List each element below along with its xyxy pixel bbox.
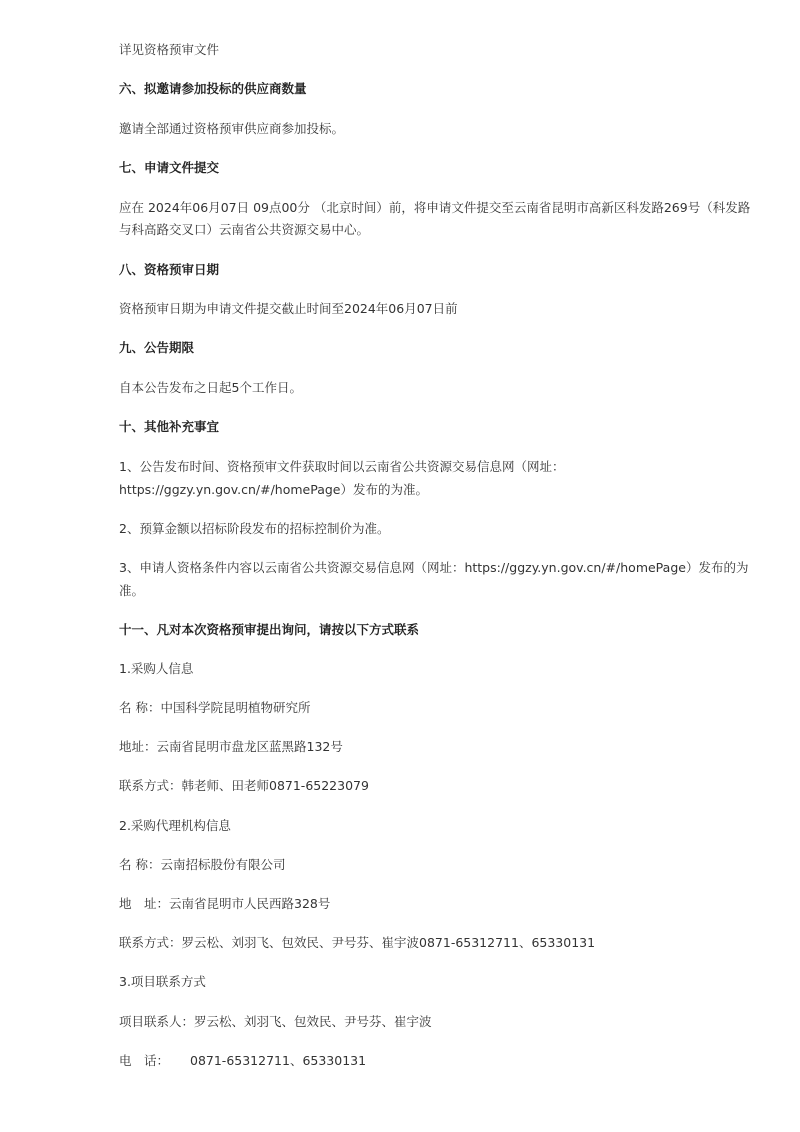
section-10-item1-line2: https://ggzy.yn.gov.cn/#/homePage）发布的为准。 — [119, 481, 428, 499]
section-9-heading: 九、公告期限 — [119, 339, 194, 357]
section-10-item3-line2: 准。 — [119, 582, 144, 600]
section-11-heading: 十一、凡对本次资格预审提出询问，请按以下方式联系 — [119, 621, 419, 639]
intro-text: 详见资格预审文件 — [119, 41, 219, 59]
section-7-body-line2: 与科高路交叉口）云南省公共资源交易中心。 — [119, 221, 369, 239]
purchaser-title: 1.采购人信息 — [119, 660, 193, 678]
agency-contact: 联系方式：罗云松、刘羽飞、包效民、尹号芬、崔宇波0871-65312711、65… — [119, 934, 595, 952]
project-contact-title: 3.项目联系方式 — [119, 973, 206, 991]
section-10-heading: 十、其他补充事宜 — [119, 418, 219, 436]
section-8-heading: 八、资格预审日期 — [119, 261, 219, 279]
purchaser-name: 名 称：中国科学院昆明植物研究所 — [119, 699, 310, 717]
section-9-body: 自本公告发布之日起5个工作日。 — [119, 379, 302, 397]
section-10-item2: 2、预算金额以招标阶段发布的招标控制价为准。 — [119, 520, 389, 538]
section-6-heading: 六、拟邀请参加投标的供应商数量 — [119, 80, 307, 98]
agency-title: 2.采购代理机构信息 — [119, 817, 231, 835]
project-contacts: 项目联系人：罗云松、刘羽飞、包效民、尹号芬、崔宇波 — [119, 1013, 432, 1031]
section-10-item1-line1: 1、公告发布时间、资格预审文件获取时间以云南省公共资源交易信息网（网址： — [119, 458, 564, 476]
section-7-heading: 七、申请文件提交 — [119, 159, 219, 177]
section-6-body: 邀请全部通过资格预审供应商参加投标。 — [119, 120, 344, 138]
purchaser-contact: 联系方式：韩老师、田老师0871-65223079 — [119, 777, 369, 795]
agency-address: 地 址：云南省昆明市人民西路328号 — [119, 895, 330, 913]
purchaser-address: 地址：云南省昆明市盘龙区蓝黑路132号 — [119, 738, 343, 756]
section-8-body: 资格预审日期为申请文件提交截止时间至2024年06月07日前 — [119, 300, 458, 318]
project-phone-value: 0871-65312711、65330131 — [190, 1052, 366, 1070]
section-10-item3-line1: 3、申请人资格条件内容以云南省公共资源交易信息网（网址：https://ggzy… — [119, 559, 748, 577]
agency-name: 名 称：云南招标股份有限公司 — [119, 856, 285, 874]
project-phone-label: 电 话： — [119, 1052, 169, 1070]
section-7-body-line1: 应在 2024年06月07日 09点00分 （北京时间）前，将申请文件提交至云南… — [119, 199, 750, 217]
